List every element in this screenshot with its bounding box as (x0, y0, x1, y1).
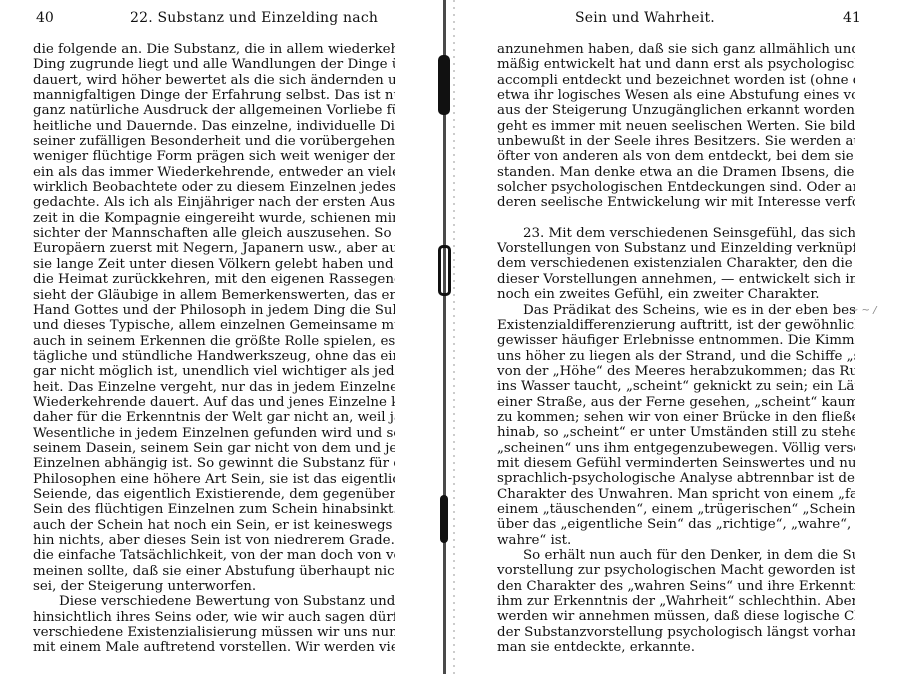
text-line: auch in seinem Erkennen die größte Rolle… (33, 334, 395, 349)
text-line: man sie entdeckte, erkannte. (497, 640, 855, 655)
text-line: mit einem Male auftretend vorstellen. Wi… (33, 640, 395, 655)
text-line: So erhält nun auch für den Denker, in de… (497, 548, 855, 563)
text-line: sieht der Gläubige in allem Bemerkenswer… (33, 288, 395, 303)
text-line: sichter der Mannschaften alle gleich aus… (33, 226, 395, 241)
text-line: heitliche und Dauernde. Das einzelne, in… (33, 119, 395, 134)
text-line: seinem Dasein, seinem Sein gar nicht von… (33, 441, 395, 456)
right-body-text: anzunehmen haben, daß sie sich ganz allm… (497, 42, 855, 655)
text-line: Sein des flüchtigen Einzelnen zum Schein… (33, 502, 395, 517)
text-line: Wesentliche in jedem Einzelnen gefunden … (33, 426, 395, 441)
text-line: verschiedene Existenzialisierung müssen … (33, 625, 395, 640)
text-line: Diese verschiedene Bewertung von Substan… (33, 594, 395, 609)
text-line: Seiende, das eigentlich Existierende, de… (33, 487, 395, 502)
text-line: einer Straße, aus der Ferne gesehen, „sc… (497, 395, 855, 410)
text-line: anzunehmen haben, daß sie sich ganz allm… (497, 42, 855, 57)
text-line: „scheinen“ uns ihm entgegenzubewegen. Vö… (497, 441, 855, 456)
text-line: ihm zur Erkenntnis der „Wahrheit“ schlec… (497, 594, 855, 609)
text-line: wahre“ ist. (497, 533, 855, 548)
text-line: Philosophen eine höhere Art Sein, sie is… (33, 472, 395, 487)
text-line: werden wir annehmen müssen, daß diese lo… (497, 609, 855, 624)
text-line: mannigfaltigen Dinge der Erfahrung selbs… (33, 88, 395, 103)
text-line: hin nichts, aber dieses Sein ist von nie… (33, 533, 395, 548)
text-line: hinsichtlich ihres Seins oder, wie wir a… (33, 610, 395, 625)
text-line: gedachte. Als ich als Einjähriger nach d… (33, 195, 395, 210)
text-line: Das Prädikat des Scheins, wie es in der … (497, 303, 855, 318)
text-line: der Substanzvorstellung psychologisch lä… (497, 625, 855, 640)
running-head-title: 22. Substanz und Einzelding nach (130, 10, 378, 26)
text-line: Existenzialdifferenzierung auftritt, ist… (497, 318, 855, 333)
text-line: Wiederkehrende dauert. Auf das und jenes… (33, 395, 395, 410)
paragraph-gap (497, 211, 855, 226)
text-line: die einfache Tatsächlichkeit, von der ma… (33, 548, 395, 563)
text-line: ins Wasser taucht, „scheint“ geknickt zu… (497, 379, 855, 394)
text-line: Vorstellungen von Substanz und Einzeldin… (497, 241, 855, 256)
text-line: geht es immer mit neuen seelischen Werte… (497, 119, 855, 134)
text-line: daher für die Erkenntnis der Welt gar ni… (33, 410, 395, 425)
text-line: ein als das immer Wiederkehrende, entwed… (33, 165, 395, 180)
text-line: zu kommen; sehen wir von einer Brücke in… (497, 410, 855, 425)
text-line: aus der Steigerung Unzugänglichen erkann… (497, 103, 855, 118)
page-number: 41 (843, 10, 861, 26)
text-line: noch ein zweites Gefühl, ein zweiter Cha… (497, 287, 855, 302)
text-line: etwa ihr logisches Wesen als eine Abstuf… (497, 88, 855, 103)
text-line: uns höher zu liegen als der Strand, und … (497, 349, 855, 364)
text-line: tägliche und stündliche Handwerkszeug, o… (33, 349, 395, 364)
text-line: den Charakter des „wahren Seins“ und ihr… (497, 579, 855, 594)
text-line: dem verschiedenen existenzialen Charakte… (497, 256, 855, 271)
text-line: über das „eigentliche Sein“ das „richtig… (497, 517, 855, 532)
text-line: meinen sollte, daß sie einer Abstufung ü… (33, 564, 395, 579)
text-line: Hand Gottes und der Philosoph in jedem D… (33, 303, 395, 318)
text-line: dieser Vorstellungen annehmen, — entwick… (497, 272, 855, 287)
text-line: sei, der Steigerung unterworfen. (33, 579, 395, 594)
text-line: weniger flüchtige Form prägen sich weit … (33, 149, 395, 164)
left-body-text: die folgende an. Die Substanz, die in al… (33, 42, 395, 656)
text-line: seiner zufälligen Besonderheit und die v… (33, 134, 395, 149)
text-line: gar nicht möglich ist, unendlich viel wi… (33, 364, 395, 379)
text-line: mäßig entwickelt hat und dann erst als p… (497, 57, 855, 72)
text-line: vorstellung zur psychologischen Macht ge… (497, 563, 855, 578)
page-number: 40 (36, 10, 54, 26)
text-line: solcher psychologischen Entdeckungen sin… (497, 180, 855, 195)
text-line: einem „täuschenden“, einem „trügerischen… (497, 502, 855, 517)
text-line: gewisser häufiger Erlebnisse entnommen. … (497, 333, 855, 348)
text-line: und dieses Typische, allem einzelnen Gem… (33, 318, 395, 333)
text-line: dauert, wird höher bewertet als die sich… (33, 73, 395, 88)
right-running-head: Sein und Wahrheit. 41 (455, 10, 900, 30)
text-line: Charakter des Unwahren. Man spricht von … (497, 487, 855, 502)
left-page: 40 22. Substanz und Einzelding nach die … (0, 0, 445, 674)
text-line: von der „Höhe“ des Meeres herabzukommen;… (497, 364, 855, 379)
text-line: öfter von anderen als von dem entdeckt, … (497, 149, 855, 164)
text-line: heit. Das Einzelne vergeht, nur das in j… (33, 380, 395, 395)
left-running-head: 40 22. Substanz und Einzelding nach (0, 10, 445, 30)
text-line: 23. Mit dem verschiedenen Seinsgefühl, d… (497, 226, 855, 241)
text-line: standen. Man denke etwa an die Dramen Ib… (497, 165, 855, 180)
text-line: die folgende an. Die Substanz, die in al… (33, 42, 395, 57)
text-line: sprachlich-psychologische Analyse abtren… (497, 471, 855, 486)
text-line: zeit in die Kompagnie eingereiht wurde, … (33, 211, 395, 226)
right-page: Sein und Wahrheit. 41 anzunehmen haben, … (455, 0, 900, 674)
text-line: accompli entdeckt und bezeichnet worden … (497, 73, 855, 88)
text-line: unbewußt in der Seele ihres Besitzers. S… (497, 134, 855, 149)
text-line: auch der Schein hat noch ein Sein, er is… (33, 518, 395, 533)
text-line: mit diesem Gefühl verminderten Seinswert… (497, 456, 855, 471)
running-head-title: Sein und Wahrheit. (575, 10, 715, 26)
text-line: deren seelische Entwickelung wir mit Int… (497, 195, 855, 210)
text-line: wirklich Beobachtete oder zu diesem Einz… (33, 180, 395, 195)
text-line: sie lange Zeit unter diesen Völkern gele… (33, 257, 395, 272)
margin-pencil-annotation: ~ ~ / (850, 305, 876, 316)
text-line: Europäern zuerst mit Negern, Japanern us… (33, 241, 395, 256)
text-line: Einzelnen abhängig ist. So gewinnt die S… (33, 456, 395, 471)
text-line: ganz natürliche Ausdruck der allgemeinen… (33, 103, 395, 118)
text-line: Ding zugrunde liegt und alle Wandlungen … (33, 57, 395, 72)
text-line: hinab, so „scheint“ er unter Umständen s… (497, 425, 855, 440)
book-spread: 40 22. Substanz und Einzelding nach die … (0, 0, 900, 674)
text-line: die Heimat zurückkehren, mit den eigenen… (33, 272, 395, 287)
